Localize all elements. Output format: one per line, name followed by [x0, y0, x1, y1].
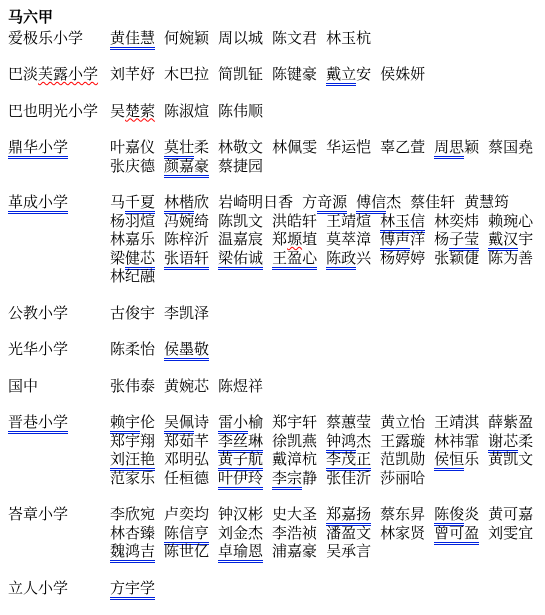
student-name[interactable]: 梁佑诚: [218, 249, 263, 268]
student-name[interactable]: 赖宇伦: [110, 413, 155, 432]
student-name: 李欣宛: [110, 505, 155, 524]
plain-text: 张伟泰: [110, 377, 155, 395]
student-name[interactable]: 林楷欣: [164, 193, 209, 212]
plain-text: 叶嘉仪: [110, 138, 155, 156]
student-name: 陈键豪: [272, 65, 317, 84]
plain-text: 林纪融: [110, 267, 155, 285]
student-name[interactable]: 方宇学: [110, 579, 155, 598]
linked-text[interactable]: 侯墨敬: [164, 340, 209, 361]
plain-text: 冯婉绮: [164, 212, 209, 230]
school-name: 峇章小学: [8, 505, 110, 524]
plain-text: 蔡捷园: [218, 157, 263, 175]
student-name[interactable]: 谢芯柔: [488, 432, 533, 451]
plain-text: 乐: [464, 450, 479, 468]
student-name[interactable]: 侯墨敬: [164, 340, 209, 359]
plain-text: 颖: [464, 138, 479, 156]
student-name: 陈淑煊: [164, 102, 209, 121]
student-name: 莫萃漳: [326, 230, 371, 249]
student-name: 郑茹芊: [164, 432, 209, 451]
plain-text: 陈文君: [272, 29, 317, 47]
plain-text: 范家乐: [110, 469, 155, 487]
school-group: 爱极乐小学黄佳慧何婉颖周以城陈文君林玉杭: [8, 29, 537, 48]
name-line: 范家乐任桓德叶伊玲李宗静张佳沂莎丽哈: [110, 469, 537, 488]
plain-text: 邓明弘: [164, 450, 209, 468]
name-line: 李欣宛卢奕均钟汉彬史大圣郑嘉扬蔡东昇陈俊炎黄可嘉: [110, 505, 537, 524]
student-name[interactable]: 梁健芯: [110, 249, 155, 268]
student-name: 陈凯文: [218, 212, 263, 231]
plain-text: 岩崎明日香: [218, 193, 293, 211]
student-name[interactable]: 陈俊炎: [434, 505, 479, 524]
plain-text: 巴淡: [8, 65, 38, 83]
plain-text: 侯姝妍: [380, 65, 425, 83]
student-name: 洪皓轩: [272, 212, 317, 231]
student-name: 杨婷婷: [380, 249, 425, 268]
student-names: 刘芊妤木巴拉简凯钲陈键豪戴立安侯姝妍: [110, 65, 537, 84]
student-name: 王露璇: [380, 432, 425, 451]
student-name[interactable]: 傅声洋: [380, 230, 425, 249]
name-line: 古俊宇李凯泽: [110, 304, 537, 323]
plain-text: 安: [356, 65, 371, 83]
student-names: 陈柔怡侯墨敬: [110, 340, 537, 359]
student-name[interactable]: 林玉信: [380, 212, 425, 231]
name-line: 赖宇伦吴佩诗雷小榆郑宇轩蔡蕙莹黄立怡王靖淇薛紫盈: [110, 413, 537, 432]
name-line: 林纪融: [110, 267, 537, 286]
student-name: 木巴拉: [164, 65, 209, 84]
student-name: 林佩雯: [272, 138, 317, 157]
plain-text: 陈为善: [488, 249, 533, 267]
student-name: 陈世亿: [164, 542, 209, 561]
student-name: 林玉杭: [326, 29, 371, 48]
student-name: 刘金杰: [218, 524, 263, 543]
student-name: 张伟泰: [110, 377, 155, 396]
plain-text: 伦: [140, 413, 155, 431]
name-line: 张庆德颜嘉豪蔡捷园: [110, 157, 537, 176]
plain-text: 巴也明光小学: [8, 102, 98, 120]
student-name: 吴楚萦: [110, 102, 155, 121]
student-name[interactable]: 郑嘉扬: [326, 505, 371, 524]
name-line: 杨羽煊冯婉绮陈凯文洪皓轩王靖煊林玉信林奕炜赖琬心: [110, 212, 537, 231]
plain-text: 杰: [386, 193, 401, 211]
school-group: 巴也明光小学吴楚萦陈淑煊陈伟顺: [8, 102, 537, 121]
plain-text: 华运恺: [326, 138, 371, 156]
student-name: 华运恺: [326, 138, 371, 157]
student-name: 薛紫盈: [488, 413, 533, 432]
student-name: 叶嘉仪: [110, 138, 155, 157]
student-name: 陈梓沂: [164, 230, 209, 249]
school-name: 爱极乐小学: [8, 29, 110, 48]
linked-text[interactable]: 李宗: [272, 469, 302, 490]
student-name: 张庆德: [110, 157, 155, 176]
student-name[interactable]: 卓瑜恩: [218, 542, 263, 561]
name-line: 张伟泰黄婉芯陈煜祥: [110, 377, 537, 396]
student-name[interactable]: 颜嘉豪: [164, 157, 209, 176]
student-name: 林嘉乐: [110, 230, 155, 249]
student-name: 卢奕均: [164, 505, 209, 524]
name-line: 郑宇翔郑茹芊李丝琳徐凯燕钟鸿杰王露璇林祎霏谢芯柔: [110, 432, 537, 451]
school-group: 光华小学陈柔怡侯墨敬: [8, 340, 537, 359]
linked-text[interactable]: 方宇学: [110, 579, 155, 600]
name-line: 刘芊妤木巴拉简凯钲陈键豪戴立安侯姝妍: [110, 65, 537, 84]
name-line: 魏鸿吉陈世亿卓瑜恩浦嘉豪吴承言: [110, 542, 537, 561]
plain-text: 木巴拉: [164, 65, 209, 83]
school-group: 革成小学马千夏林楷欣岩崎明日香方竒源傅信杰蔡佳轩黄慧筠杨羽煊冯婉绮陈凯文洪皓轩王…: [8, 193, 537, 286]
plain-text: 林祎霏: [434, 432, 479, 450]
student-name: 赖琬心: [488, 212, 533, 231]
linked-text[interactable]: 周思: [434, 138, 464, 159]
misspelled-text: 塬: [287, 230, 302, 248]
linked-text[interactable]: 魏鸿吉: [110, 542, 155, 563]
plain-text: 刘雯宜: [488, 524, 533, 542]
student-name: 辜乙萱: [380, 138, 425, 157]
plain-text: 峇章小学: [8, 505, 68, 523]
plain-text: 李浩祯: [272, 524, 317, 542]
linked-text[interactable]: 卓瑜恩: [218, 542, 263, 563]
plain-text: 柔: [194, 138, 209, 156]
student-names: 张伟泰黄婉芯陈煜祥: [110, 377, 537, 396]
student-name: 潘盈文: [326, 524, 371, 543]
student-name: 邓明弘: [164, 450, 209, 469]
student-names: 方宇学: [110, 579, 537, 598]
name-line: 刘汪艳邓明弘黄子航戴漳杭李茂正范凯勋侯恒乐黄凯文: [110, 450, 537, 469]
student-name: 黄可嘉: [488, 505, 533, 524]
student-name: 李凯泽: [164, 304, 209, 323]
school-group: 公教小学古俊宇李凯泽: [8, 304, 537, 323]
plain-text: 黄凯文: [488, 450, 533, 468]
student-name[interactable]: 陈政兴: [326, 249, 371, 268]
student-name[interactable]: 李茂正: [326, 450, 371, 469]
school-name: 巴淡芙露小学: [8, 65, 110, 84]
student-name[interactable]: 马千夏: [110, 193, 155, 212]
plain-text: 诗: [194, 413, 209, 431]
student-names: 马千夏林楷欣岩崎明日香方竒源傅信杰蔡佳轩黄慧筠杨羽煊冯婉绮陈凯文洪皓轩王靖煊林玉…: [110, 193, 537, 286]
student-name[interactable]: 周思颖: [434, 138, 479, 157]
student-name: 郑宇轩: [272, 413, 317, 432]
plain-text: 林敬文: [218, 138, 263, 156]
plain-text: 浦嘉豪: [272, 542, 317, 560]
linked-text[interactable]: 王盈心: [272, 249, 317, 270]
student-names: 李欣宛卢奕均钟汉彬史大圣郑嘉扬蔡东昇陈俊炎黄可嘉林杏臻陈信亨刘金杰李浩祯潘盈文林…: [110, 505, 537, 561]
student-name[interactable]: 戴立安: [326, 65, 371, 84]
student-name[interactable]: 黄佳慧: [110, 29, 155, 48]
name-line: 叶嘉仪莫壮柔林敬文林佩雯华运恺辜乙萱周思颖蔡国堯: [110, 138, 537, 157]
plain-text: 黄可嘉: [488, 505, 533, 523]
plain-text: 蔡蕙莹: [326, 413, 371, 431]
plain-text: 任桓德: [164, 469, 209, 487]
plain-text: 王靖淇: [434, 413, 479, 431]
student-name[interactable]: 李宗静: [272, 469, 317, 488]
plain-text: 陈淑煊: [164, 102, 209, 120]
plain-text: 杨婷婷: [380, 249, 425, 267]
student-name: 林家贤: [380, 524, 425, 543]
plain-text: 钟汉彬: [218, 505, 263, 523]
student-name: 张颖倢: [434, 249, 479, 268]
school-name: 国中: [8, 377, 110, 396]
school-name[interactable]: 晋巷小学: [8, 413, 110, 432]
student-name[interactable]: 杨子莹: [434, 230, 479, 249]
school-group: 峇章小学李欣宛卢奕均钟汉彬史大圣郑嘉扬蔡东昇陈俊炎黄可嘉林杏臻陈信亨刘金杰李浩祯…: [8, 505, 537, 561]
plain-text: 陈伟顺: [218, 102, 263, 120]
plain-text: 陈柔怡: [110, 340, 155, 358]
student-name: 浦嘉豪: [272, 542, 317, 561]
plain-text: 蔡东昇: [380, 505, 425, 523]
linked-text[interactable]: 戴立: [326, 65, 356, 86]
student-name: 何婉颖: [164, 29, 209, 48]
document: { "page": { "title": "马六甲" }, "colors": …: [0, 0, 545, 615]
plain-text: 王露璇: [380, 432, 425, 450]
linked-text[interactable]: 曾可盈: [434, 524, 479, 545]
plain-text: 杨羽煊: [110, 212, 155, 230]
student-name: 蔡捷园: [218, 157, 263, 176]
student-name[interactable]: 方竒源: [302, 193, 347, 212]
plain-text: 榆: [248, 413, 263, 431]
plain-text: 黄慧筠: [464, 193, 509, 211]
plain-text: 兴: [356, 249, 371, 267]
name-line: 吴楚萦陈淑煊陈伟顺: [110, 102, 537, 121]
plain-text: 郑宇翔: [110, 432, 155, 450]
school-name: 公教小学: [8, 304, 110, 323]
student-names: 赖宇伦吴佩诗雷小榆郑宇轩蔡蕙莹黄立怡王靖淇薛紫盈郑宇翔郑茹芊李丝琳徐凯燕钟鸿杰王…: [110, 413, 537, 487]
student-name[interactable]: 雷小榆: [218, 413, 263, 432]
name-line: 陈柔怡侯墨敬: [110, 340, 537, 359]
plain-text: 王靖煊: [326, 212, 371, 230]
student-name: 陈文君: [272, 29, 317, 48]
plain-text: 林奕炜: [434, 212, 479, 230]
student-name: 张佳沂: [326, 469, 371, 488]
student-name: 岩崎明日香: [218, 193, 293, 212]
name-line: 梁健芯张语轩梁佑诚王盈心陈政兴杨婷婷张颖倢陈为善: [110, 249, 537, 268]
school-name[interactable]: 鼎华小学: [8, 138, 110, 157]
school-name: 巴也明光小学: [8, 102, 110, 121]
student-name: 林杏臻: [110, 524, 155, 543]
student-name: 侯姝妍: [380, 65, 425, 84]
plain-text: 黄立怡: [380, 413, 425, 431]
student-name: 陈柔怡: [110, 340, 155, 359]
school-group: 晋巷小学赖宇伦吴佩诗雷小榆郑宇轩蔡蕙莹黄立怡王靖淇薛紫盈郑宇翔郑茹芊李丝琳徐凯燕…: [8, 413, 537, 487]
plain-text: 范凯勋: [380, 450, 425, 468]
plain-text: 林玉杭: [326, 29, 371, 47]
plain-text: 李欣宛: [110, 505, 155, 523]
plain-text: 国中: [8, 377, 38, 395]
student-name: 刘雯宜: [488, 524, 533, 543]
plain-text: 刘芊妤: [110, 65, 155, 83]
school-list: 爱极乐小学黄佳慧何婉颖周以城陈文君林玉杭巴淡芙露小学刘芊妤木巴拉简凯钲陈键豪戴立…: [8, 29, 537, 598]
student-name: 古俊宇: [110, 304, 155, 323]
plain-text: 刘金杰: [218, 524, 263, 542]
student-name: 蔡国堯: [488, 138, 533, 157]
plain-text: 何婉颖: [164, 29, 209, 47]
plain-text: 辜乙萱: [380, 138, 425, 156]
student-name: 范家乐: [110, 469, 155, 488]
plain-text: 宇: [518, 230, 533, 248]
plain-text: 洪皓轩: [272, 212, 317, 230]
plain-text: 梁: [110, 249, 125, 267]
student-name: 林奕炜: [434, 212, 479, 231]
plain-text: 莎丽哈: [380, 469, 425, 487]
student-name: 陈伟顺: [218, 102, 263, 121]
student-name: 冯婉绮: [164, 212, 209, 231]
plain-text: 李凯泽: [164, 304, 209, 322]
plain-text: 静: [302, 469, 317, 487]
name-line: 方宇学: [110, 579, 537, 598]
student-name: 史大圣: [272, 505, 317, 524]
school-name: 光华小学: [8, 340, 110, 359]
plain-text: 陈煜祥: [218, 377, 263, 395]
plain-text: 张颖倢: [434, 249, 479, 267]
plain-text: 张佳沂: [326, 469, 371, 487]
plain-text: 史大圣: [272, 505, 317, 523]
name-line: 马千夏林楷欣岩崎明日香方竒源傅信杰蔡佳轩黄慧筠: [110, 193, 537, 212]
plain-text: 陈键豪: [272, 65, 317, 83]
student-name: 李浩祯: [272, 524, 317, 543]
plain-text: 郑宇轩: [272, 413, 317, 431]
student-names: 古俊宇李凯泽: [110, 304, 537, 323]
student-name[interactable]: 张语轩: [164, 249, 209, 268]
plain-text: 公教小学: [8, 304, 68, 322]
plain-text: 卢奕均: [164, 505, 209, 523]
plain-text: 欣: [194, 193, 209, 211]
plain-text: 吴: [110, 102, 125, 120]
student-name: 蔡蕙莹: [326, 413, 371, 432]
student-name[interactable]: 叶伊玲: [218, 469, 263, 488]
student-name[interactable]: 魏鸿吉: [110, 542, 155, 561]
student-name: 林祎霏: [434, 432, 479, 451]
plain-text: 张庆德: [110, 157, 155, 175]
plain-text: 赖琬心: [488, 212, 533, 230]
student-name: 莎丽哈: [380, 469, 425, 488]
name-line: 林杏臻陈信亨刘金杰李浩祯潘盈文林家贤曾可盈刘雯宜: [110, 524, 537, 543]
student-name[interactable]: 陈信亨: [164, 524, 209, 543]
student-name[interactable]: 刘汪艳: [110, 450, 155, 469]
misspelled-text: 芙露小学: [38, 65, 98, 83]
plain-text: 吴承言: [326, 542, 371, 560]
plain-text: 杨: [434, 230, 449, 248]
student-name: 温嘉宸: [218, 230, 263, 249]
school-group: 巴淡芙露小学刘芊妤木巴拉简凯钲陈键豪戴立安侯姝妍: [8, 65, 537, 84]
linked-text[interactable]: 鼎华小学: [8, 138, 68, 159]
plain-text: 古俊宇: [110, 304, 155, 322]
student-name: 陈煜祥: [218, 377, 263, 396]
linked-text[interactable]: 张语轩: [164, 249, 209, 270]
student-name: 黄慧筠: [464, 193, 509, 212]
school-group: 鼎华小学叶嘉仪莫壮柔林敬文林佩雯华运恺辜乙萱周思颖蔡国堯张庆德颜嘉豪蔡捷园: [8, 138, 537, 175]
plain-text: 蔡国堯: [488, 138, 533, 156]
student-name: 任桓德: [164, 469, 209, 488]
misspelled-text: 楚萦: [125, 102, 155, 120]
linked-text[interactable]: 梁佑诚: [218, 249, 263, 270]
linked-text[interactable]: 叶伊玲: [218, 469, 263, 490]
plain-text: 郑: [272, 230, 287, 248]
student-name: 杨羽煊: [110, 212, 155, 231]
plain-text: 光华小学: [8, 340, 68, 358]
plain-text: 陈凯文: [218, 212, 263, 230]
student-name: 黄婉芯: [164, 377, 209, 396]
student-name: 刘芊妤: [110, 65, 155, 84]
plain-text: 林佩雯: [272, 138, 317, 156]
plain-text: 洋: [410, 230, 425, 248]
plain-text: 林杏臻: [110, 524, 155, 542]
plain-text: 陈世亿: [164, 542, 209, 560]
linked-text[interactable]: 侯恒: [434, 450, 464, 471]
student-name[interactable]: 曾可盈: [434, 524, 479, 543]
name-line: 黄佳慧何婉颖周以城陈文君林玉杭: [110, 29, 537, 48]
student-name[interactable]: 傅信杰: [356, 193, 401, 212]
student-name: 吴承言: [326, 542, 371, 561]
school-group: 立人小学方宇学: [8, 579, 537, 598]
student-name[interactable]: 莫壮柔: [164, 138, 209, 157]
student-name: 林敬文: [218, 138, 263, 157]
student-name: 范凯勋: [380, 450, 425, 469]
plain-text: 简凯钲: [218, 65, 263, 83]
student-name: 林纪融: [110, 267, 155, 286]
student-name: 钟汉彬: [218, 505, 263, 524]
student-name: 郑宇翔: [110, 432, 155, 451]
student-name: 蔡东昇: [380, 505, 425, 524]
student-names: 吴楚萦陈淑煊陈伟顺: [110, 102, 537, 121]
plain-text: 蔡佳轩: [410, 193, 455, 211]
student-name: 戴漳杭: [272, 450, 317, 469]
plain-text: 林家贤: [380, 524, 425, 542]
plain-text: 柔: [518, 432, 533, 450]
student-name: 蔡佳轩: [410, 193, 455, 212]
student-name: 王靖淇: [434, 413, 479, 432]
student-names: 叶嘉仪莫壮柔林敬文林佩雯华运恺辜乙萱周思颖蔡国堯张庆德颜嘉豪蔡捷园: [110, 138, 537, 175]
linked-text[interactable]: 晋巷小学: [8, 413, 68, 434]
plain-text: 埴: [302, 230, 317, 248]
plain-text: 陈梓沂: [164, 230, 209, 248]
plain-text: 温嘉宸: [218, 230, 263, 248]
student-name: 简凯钲: [218, 65, 263, 84]
student-name: 徐凯燕: [272, 432, 317, 451]
student-name: 郑塬埴: [272, 230, 317, 249]
student-name[interactable]: 王盈心: [272, 249, 317, 268]
region-title: 马六甲: [8, 8, 537, 27]
plain-text: 郑茹芊: [164, 432, 209, 450]
student-name: 黄立怡: [380, 413, 425, 432]
student-name: 周以城: [218, 29, 263, 48]
student-name[interactable]: 李丝琳: [218, 432, 263, 451]
name-line: 林嘉乐陈梓沂温嘉宸郑塬埴莫萃漳傅声洋杨子莹戴汉宇: [110, 230, 537, 249]
school-name: 立人小学: [8, 579, 110, 598]
plain-text: 立人小学: [8, 579, 68, 597]
student-name[interactable]: 吴佩诗: [164, 413, 209, 432]
plain-text: 炎: [464, 505, 479, 523]
plain-text: 爱极乐小学: [8, 29, 83, 47]
student-name[interactable]: 侯恒乐: [434, 450, 479, 469]
plain-text: 方: [302, 193, 317, 211]
student-name: 王靖煊: [326, 212, 371, 231]
plain-text: 戴漳杭: [272, 450, 317, 468]
plain-text: 莫萃漳: [326, 230, 371, 248]
plain-text: 黄婉芯: [164, 377, 209, 395]
student-name: 黄凯文: [488, 450, 533, 469]
student-name[interactable]: 戴汉宇: [488, 230, 533, 249]
plain-text: 徐凯燕: [272, 432, 317, 450]
student-name[interactable]: 钟鸿杰: [326, 432, 371, 451]
plain-text: 马: [110, 193, 125, 211]
linked-text[interactable]: 颜嘉豪: [164, 157, 209, 178]
student-names: 黄佳慧何婉颖周以城陈文君林玉杭: [110, 29, 537, 48]
student-name[interactable]: 黄子航: [218, 450, 263, 469]
plain-text: 潘盈文: [326, 524, 371, 542]
plain-text: 薛紫盈: [488, 413, 533, 431]
school-group: 国中张伟泰黄婉芯陈煜祥: [8, 377, 537, 396]
linked-text[interactable]: 陈政: [326, 249, 356, 270]
linked-text[interactable]: 革成小学: [8, 193, 68, 214]
school-name[interactable]: 革成小学: [8, 193, 110, 212]
plain-text: 杰: [356, 432, 371, 450]
linked-text[interactable]: 黄佳慧: [110, 29, 155, 50]
plain-text: 周以城: [218, 29, 263, 47]
